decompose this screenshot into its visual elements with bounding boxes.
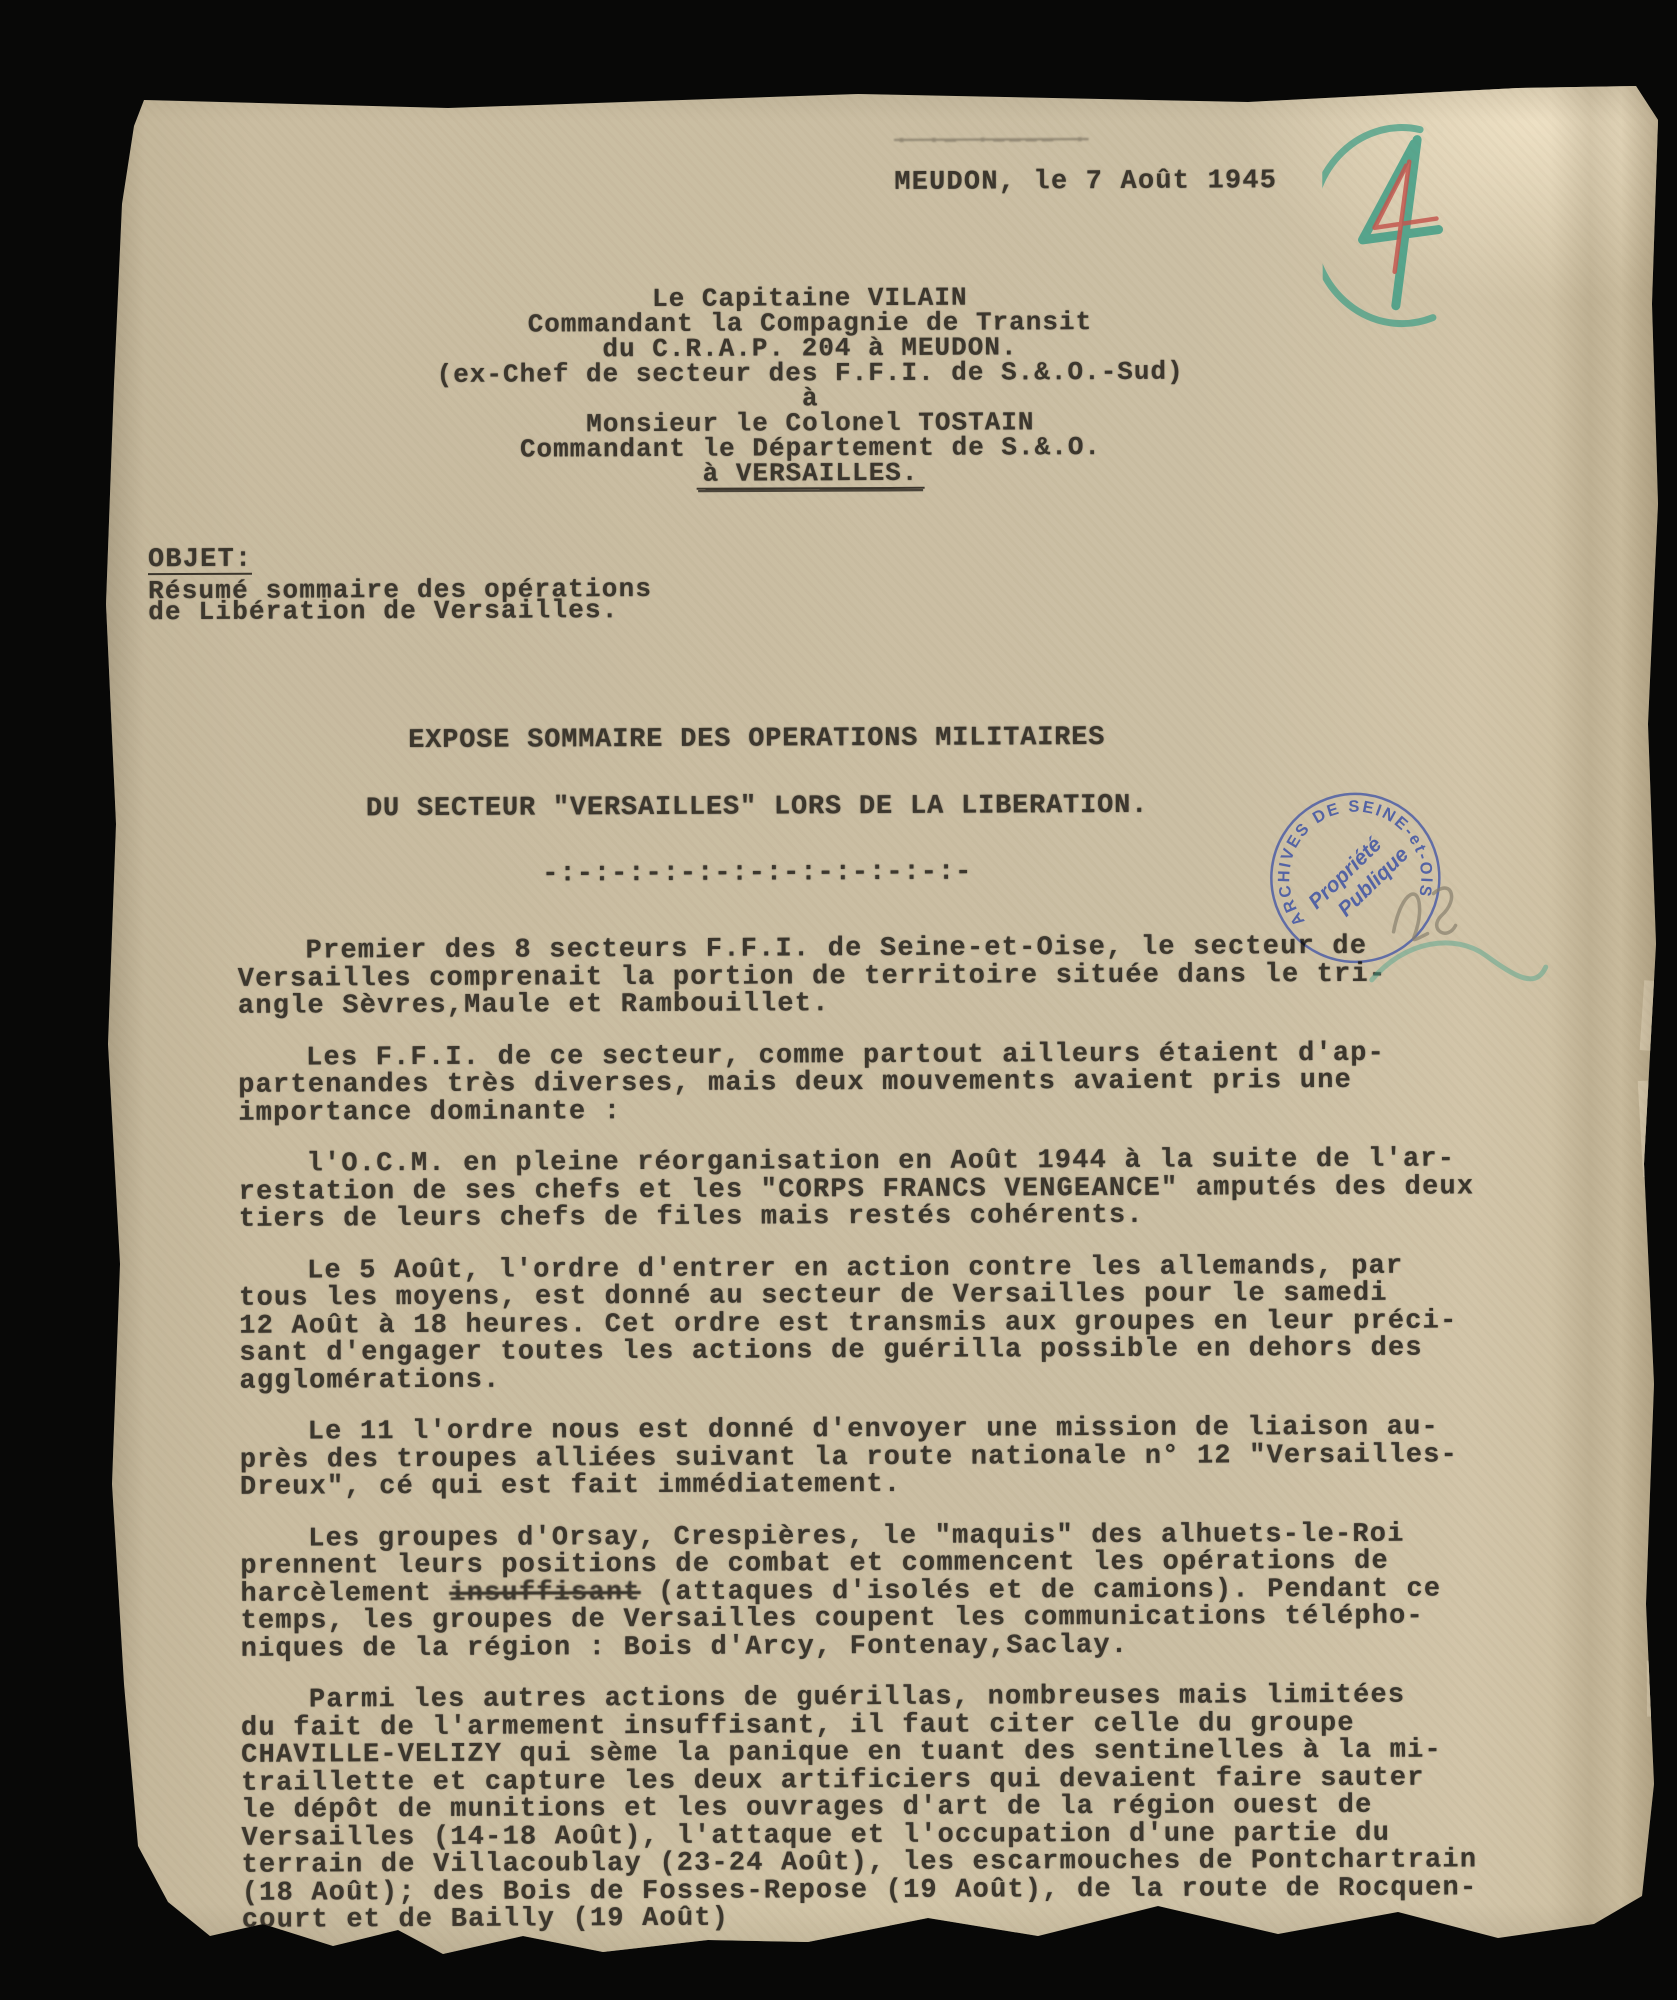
paragraph: Les groupes d'Orsay, Crespières, le "maq…	[240, 1521, 1551, 1664]
body-line: partenandes très diverses, mais deux mou…	[238, 1067, 1548, 1100]
body-line: Dreux", cé qui est fait immédiatement.	[240, 1469, 1550, 1502]
header-line-recipient-city: à VERSAILLES.	[296, 459, 1326, 491]
paragraph: l'O.C.M. en pleine réorganisation en Aoû…	[239, 1146, 1549, 1234]
body-line: niques de la région : Bois d'Arcy, Fonte…	[241, 1631, 1551, 1664]
underlined-versailles: à VERSAILLES.	[697, 461, 925, 490]
body-line: court et de Bailly (19 Août)	[242, 1902, 1552, 1935]
paragraph: Les F.F.I. de ce secteur, comme partout …	[238, 1040, 1548, 1128]
objet-line: de Libération de Versailles.	[148, 600, 652, 623]
torn-edge-fragment	[1647, 1661, 1659, 1717]
struck-word: insuffisant	[449, 1578, 641, 1609]
paragraph: Parmi les autres actions de guérillas, n…	[241, 1682, 1552, 1935]
overstruck-typing: · ·– ·–––– ·	[894, 127, 1089, 153]
body-text: Premier des 8 secteurs F.F.I. de Seine-e…	[238, 933, 1552, 1959]
page-content: · ·– ·–––– · MEUDON, le 7 Août 1945 4 Le…	[94, 81, 1664, 1984]
sender-recipient-block: Le Capitaine VILAIN Commandant la Compag…	[295, 284, 1326, 491]
title-separator: -:-:-:-:-:-:-:-:-:-:-:-:-	[147, 856, 1367, 891]
scan-background: { "page": { "annotation_number": "4", "d…	[0, 0, 1677, 2000]
document-title: EXPOSE SOMMAIRE DES OPERATIONS MILITAIRE…	[147, 722, 1368, 891]
title-line-2: DU SECTEUR "VERSAILLES" LORS DE LA LIBER…	[147, 790, 1367, 825]
objet-block: OBJET: Résumé sommaire des opérations de…	[148, 547, 652, 623]
pencil-scribble	[1379, 867, 1469, 962]
body-line: agglomérations.	[239, 1363, 1549, 1396]
body-line: tiers de leurs chefs de files mais resté…	[239, 1201, 1549, 1234]
title-line-1: EXPOSE SOMMAIRE DES OPERATIONS MILITAIRE…	[147, 722, 1367, 757]
body-line: (18 Août); des Bois de Fosses-Repose (19…	[242, 1875, 1552, 1908]
document-page: · ·– ·–––– · MEUDON, le 7 Août 1945 4 Le…	[98, 84, 1660, 1980]
body-line: importance dominante :	[238, 1095, 1548, 1128]
torn-edge-fragment	[1640, 980, 1661, 1051]
dateline: MEUDON, le 7 Août 1945	[894, 166, 1277, 198]
body-line: sant d'engager toutes les actions de gué…	[239, 1335, 1549, 1368]
handwritten-page-number-mark: 4	[1322, 117, 1483, 338]
body-line: angle Sèvres,Maule et Rambouillet.	[238, 988, 1548, 1021]
torn-edge-fragment	[1638, 1080, 1657, 1177]
paragraph: Le 11 l'ordre nous est donné d'envoyer u…	[240, 1414, 1550, 1502]
line-segment: harcèlement	[240, 1578, 449, 1609]
paragraph: Le 5 Août, l'ordre d'entrer en action co…	[239, 1253, 1550, 1396]
objet-label: OBJET:	[148, 550, 253, 575]
